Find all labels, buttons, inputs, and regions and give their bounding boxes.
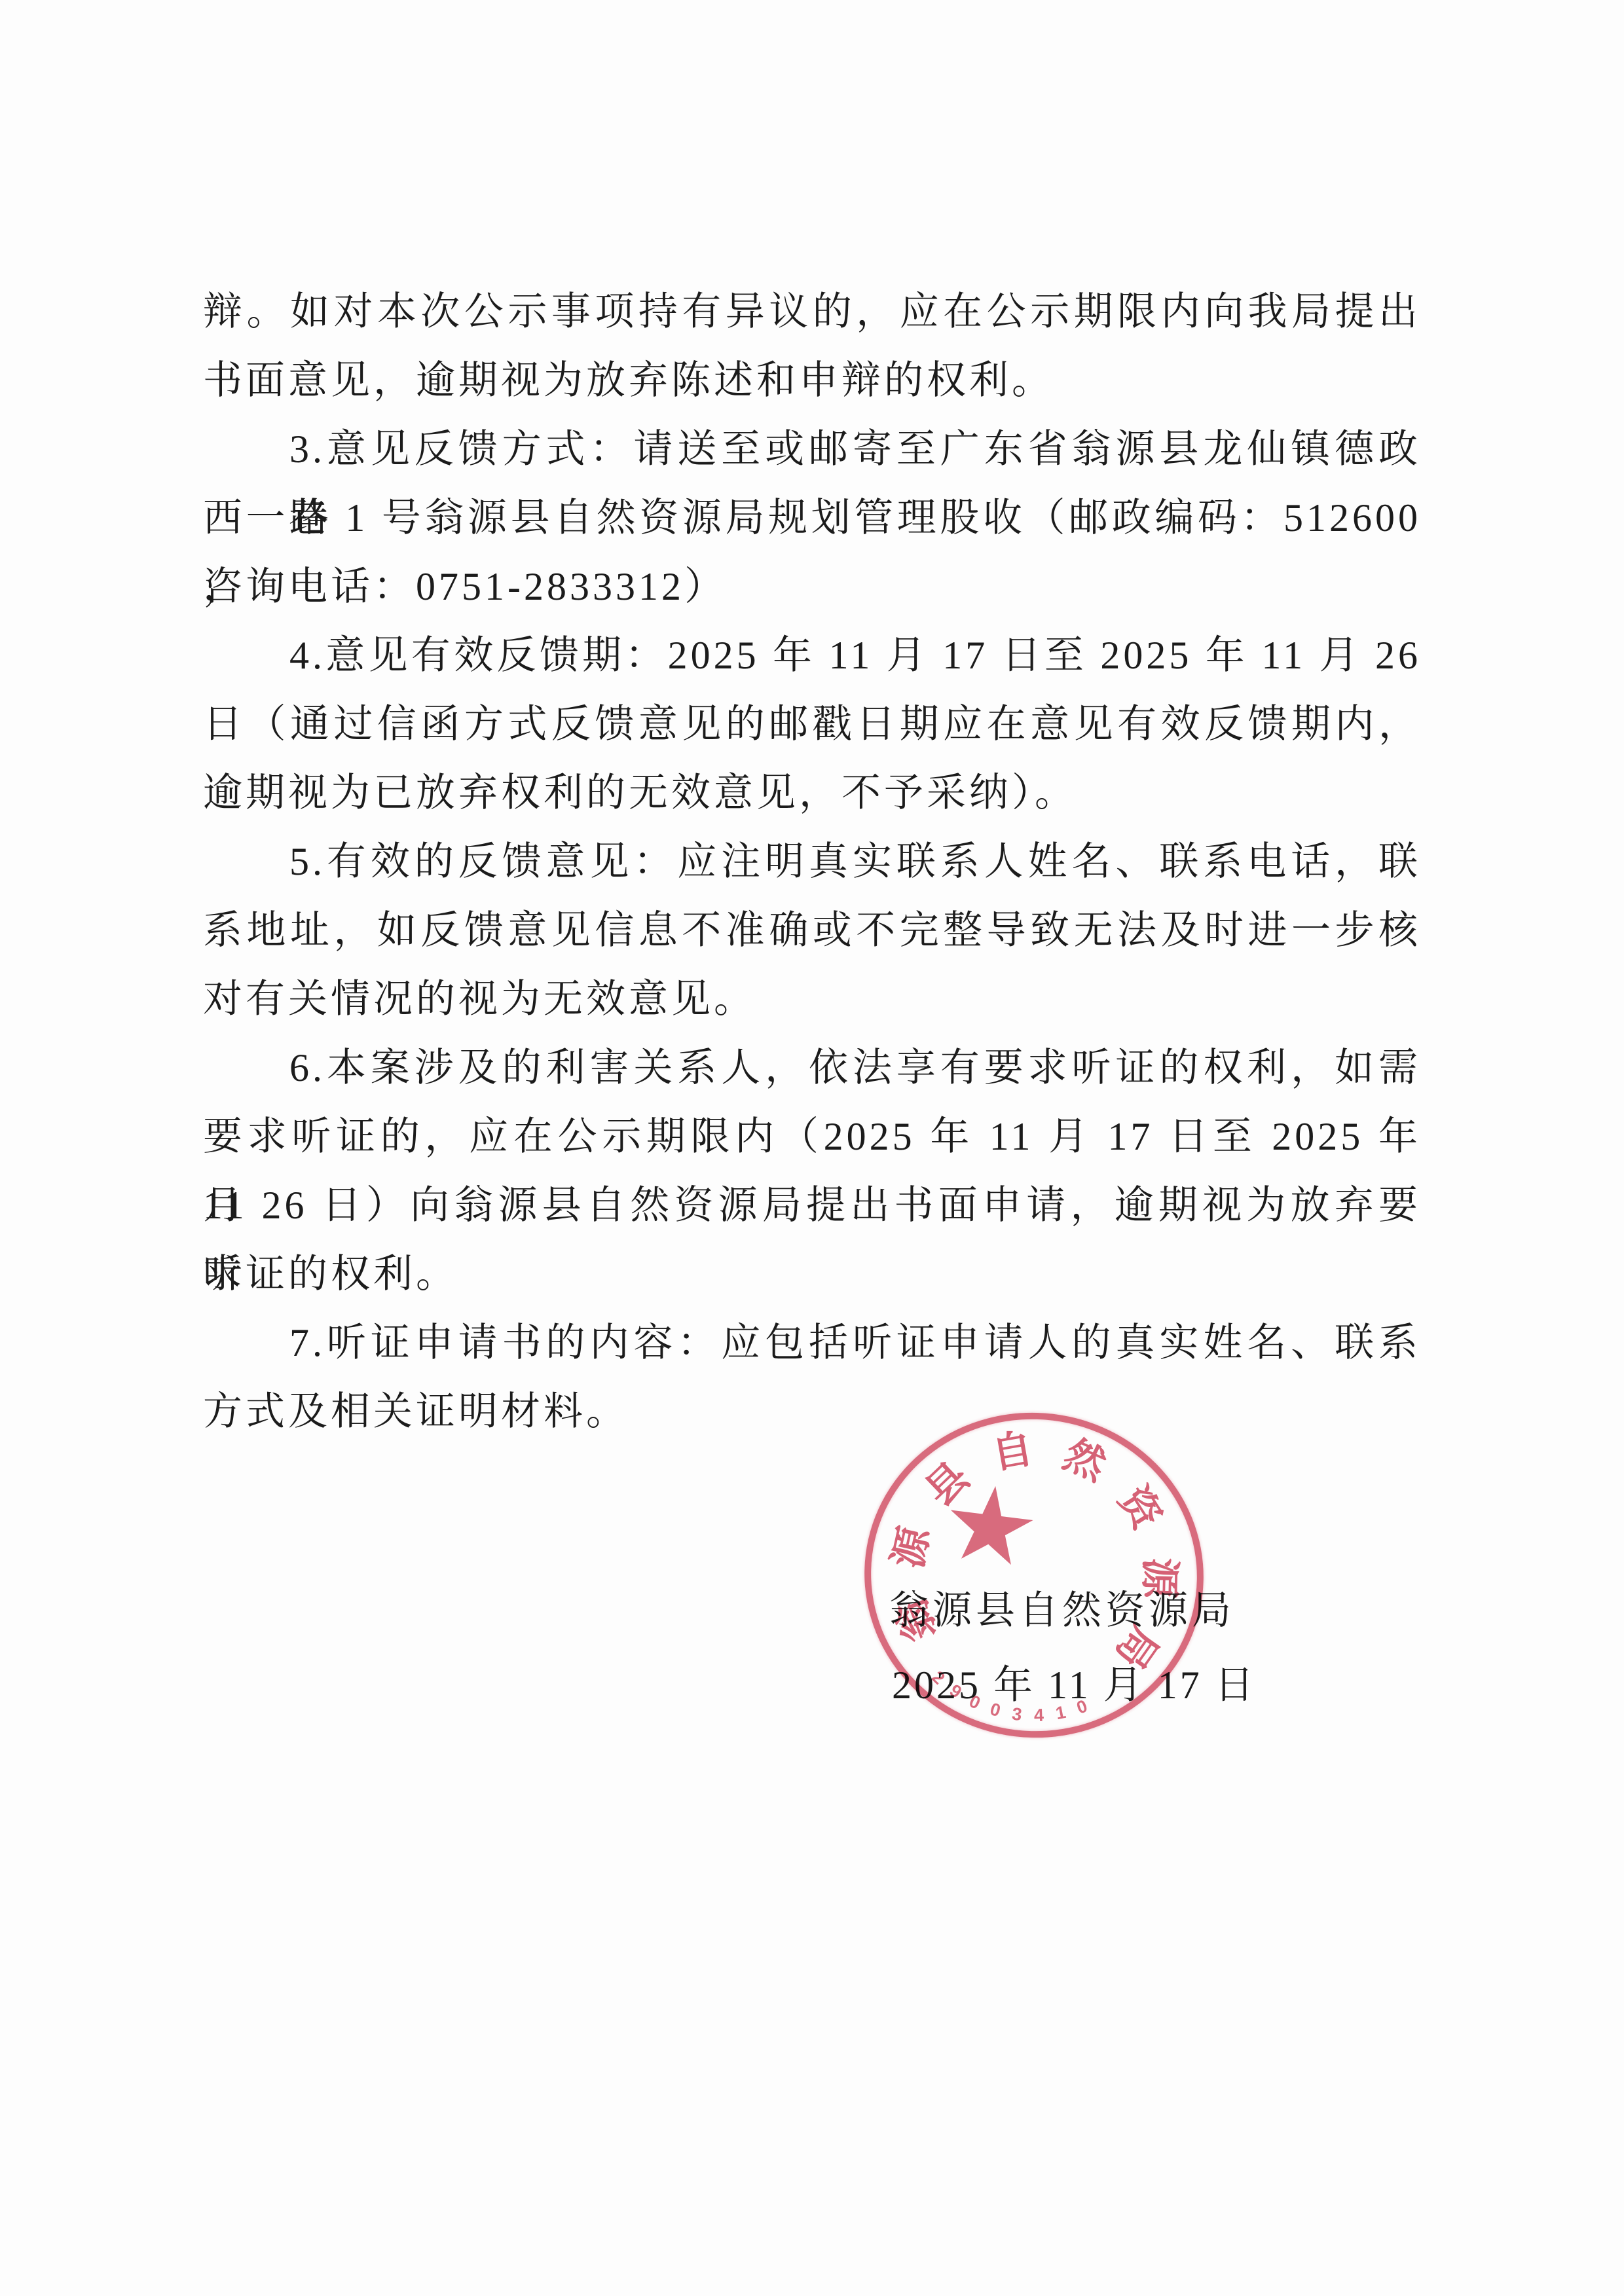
body-line: 西一巷 1 号翁源县自然资源局规划管理股收（邮政编码：512600 ， xyxy=(203,484,1421,553)
seal-code-digit: 3 xyxy=(1005,1703,1029,1726)
body-line: 听证的权利。 xyxy=(203,1240,1421,1309)
body-line: 6.本案涉及的利害关系人，依法享有要求听证的权利，如需 xyxy=(203,1034,1421,1102)
body-line: 7.听证申请书的内容：应包括听证申请人的真实姓名、联系 xyxy=(203,1309,1421,1377)
body-line: 方式及相关证明材料。 xyxy=(203,1377,1421,1446)
body-line: 日（通过信函方式反馈意见的邮戳日期应在意见有效反馈期内， xyxy=(203,690,1421,759)
document-body: 辩。如对本次公示事项持有异议的，应在公示期限内向我局提出书面意见，逾期视为放弃陈… xyxy=(203,278,1421,1446)
seal-code-digit: 4 xyxy=(1028,1704,1050,1726)
official-seal: 翁源县自然资源局 29003410 xyxy=(846,1393,1223,1757)
body-line: 4.意见有效反馈期：2025 年 11 月 17 日至 2025 年 11 月 … xyxy=(203,621,1421,690)
body-line: 咨询电话：0751-2833312） xyxy=(203,553,1421,621)
body-line: 书面意见，逾期视为放弃陈述和申辩的权利。 xyxy=(203,346,1421,415)
body-line: 辩。如对本次公示事项持有异议的，应在公示期限内向我局提出 xyxy=(203,278,1421,346)
seal-arc-char: 源 xyxy=(1139,1554,1188,1603)
body-line: 逾期视为已放弃权利的无效意见，不予采纳）。 xyxy=(203,759,1421,828)
body-line: 月 26 日）向翁源县自然资源局提出书面申请，逾期视为放弃要求 xyxy=(203,1171,1421,1240)
body-line: 5.有效的反馈意见：应注明真实联系人姓名、联系电话，联 xyxy=(203,828,1421,896)
seal-arc-char: 自 xyxy=(984,1420,1039,1474)
body-line: 系地址，如反馈意见信息不准确或不完整导致无法及时进一步核 xyxy=(203,896,1421,965)
body-line: 对有关情况的视为无效意见。 xyxy=(203,965,1421,1034)
seal-arc-char: 源 xyxy=(879,1518,936,1575)
scanned-document-page: 辩。如对本次公示事项持有异议的，应在公示期限内向我局提出书面意见，逾期视为放弃陈… xyxy=(0,0,1624,2296)
body-line: 3.意见反馈方式：请送至或邮寄至广东省翁源县龙仙镇德政路 xyxy=(203,415,1421,484)
body-line: 要求听证的，应在公示期限内（2025 年 11 月 17 日至 2025 年 1… xyxy=(203,1102,1421,1171)
